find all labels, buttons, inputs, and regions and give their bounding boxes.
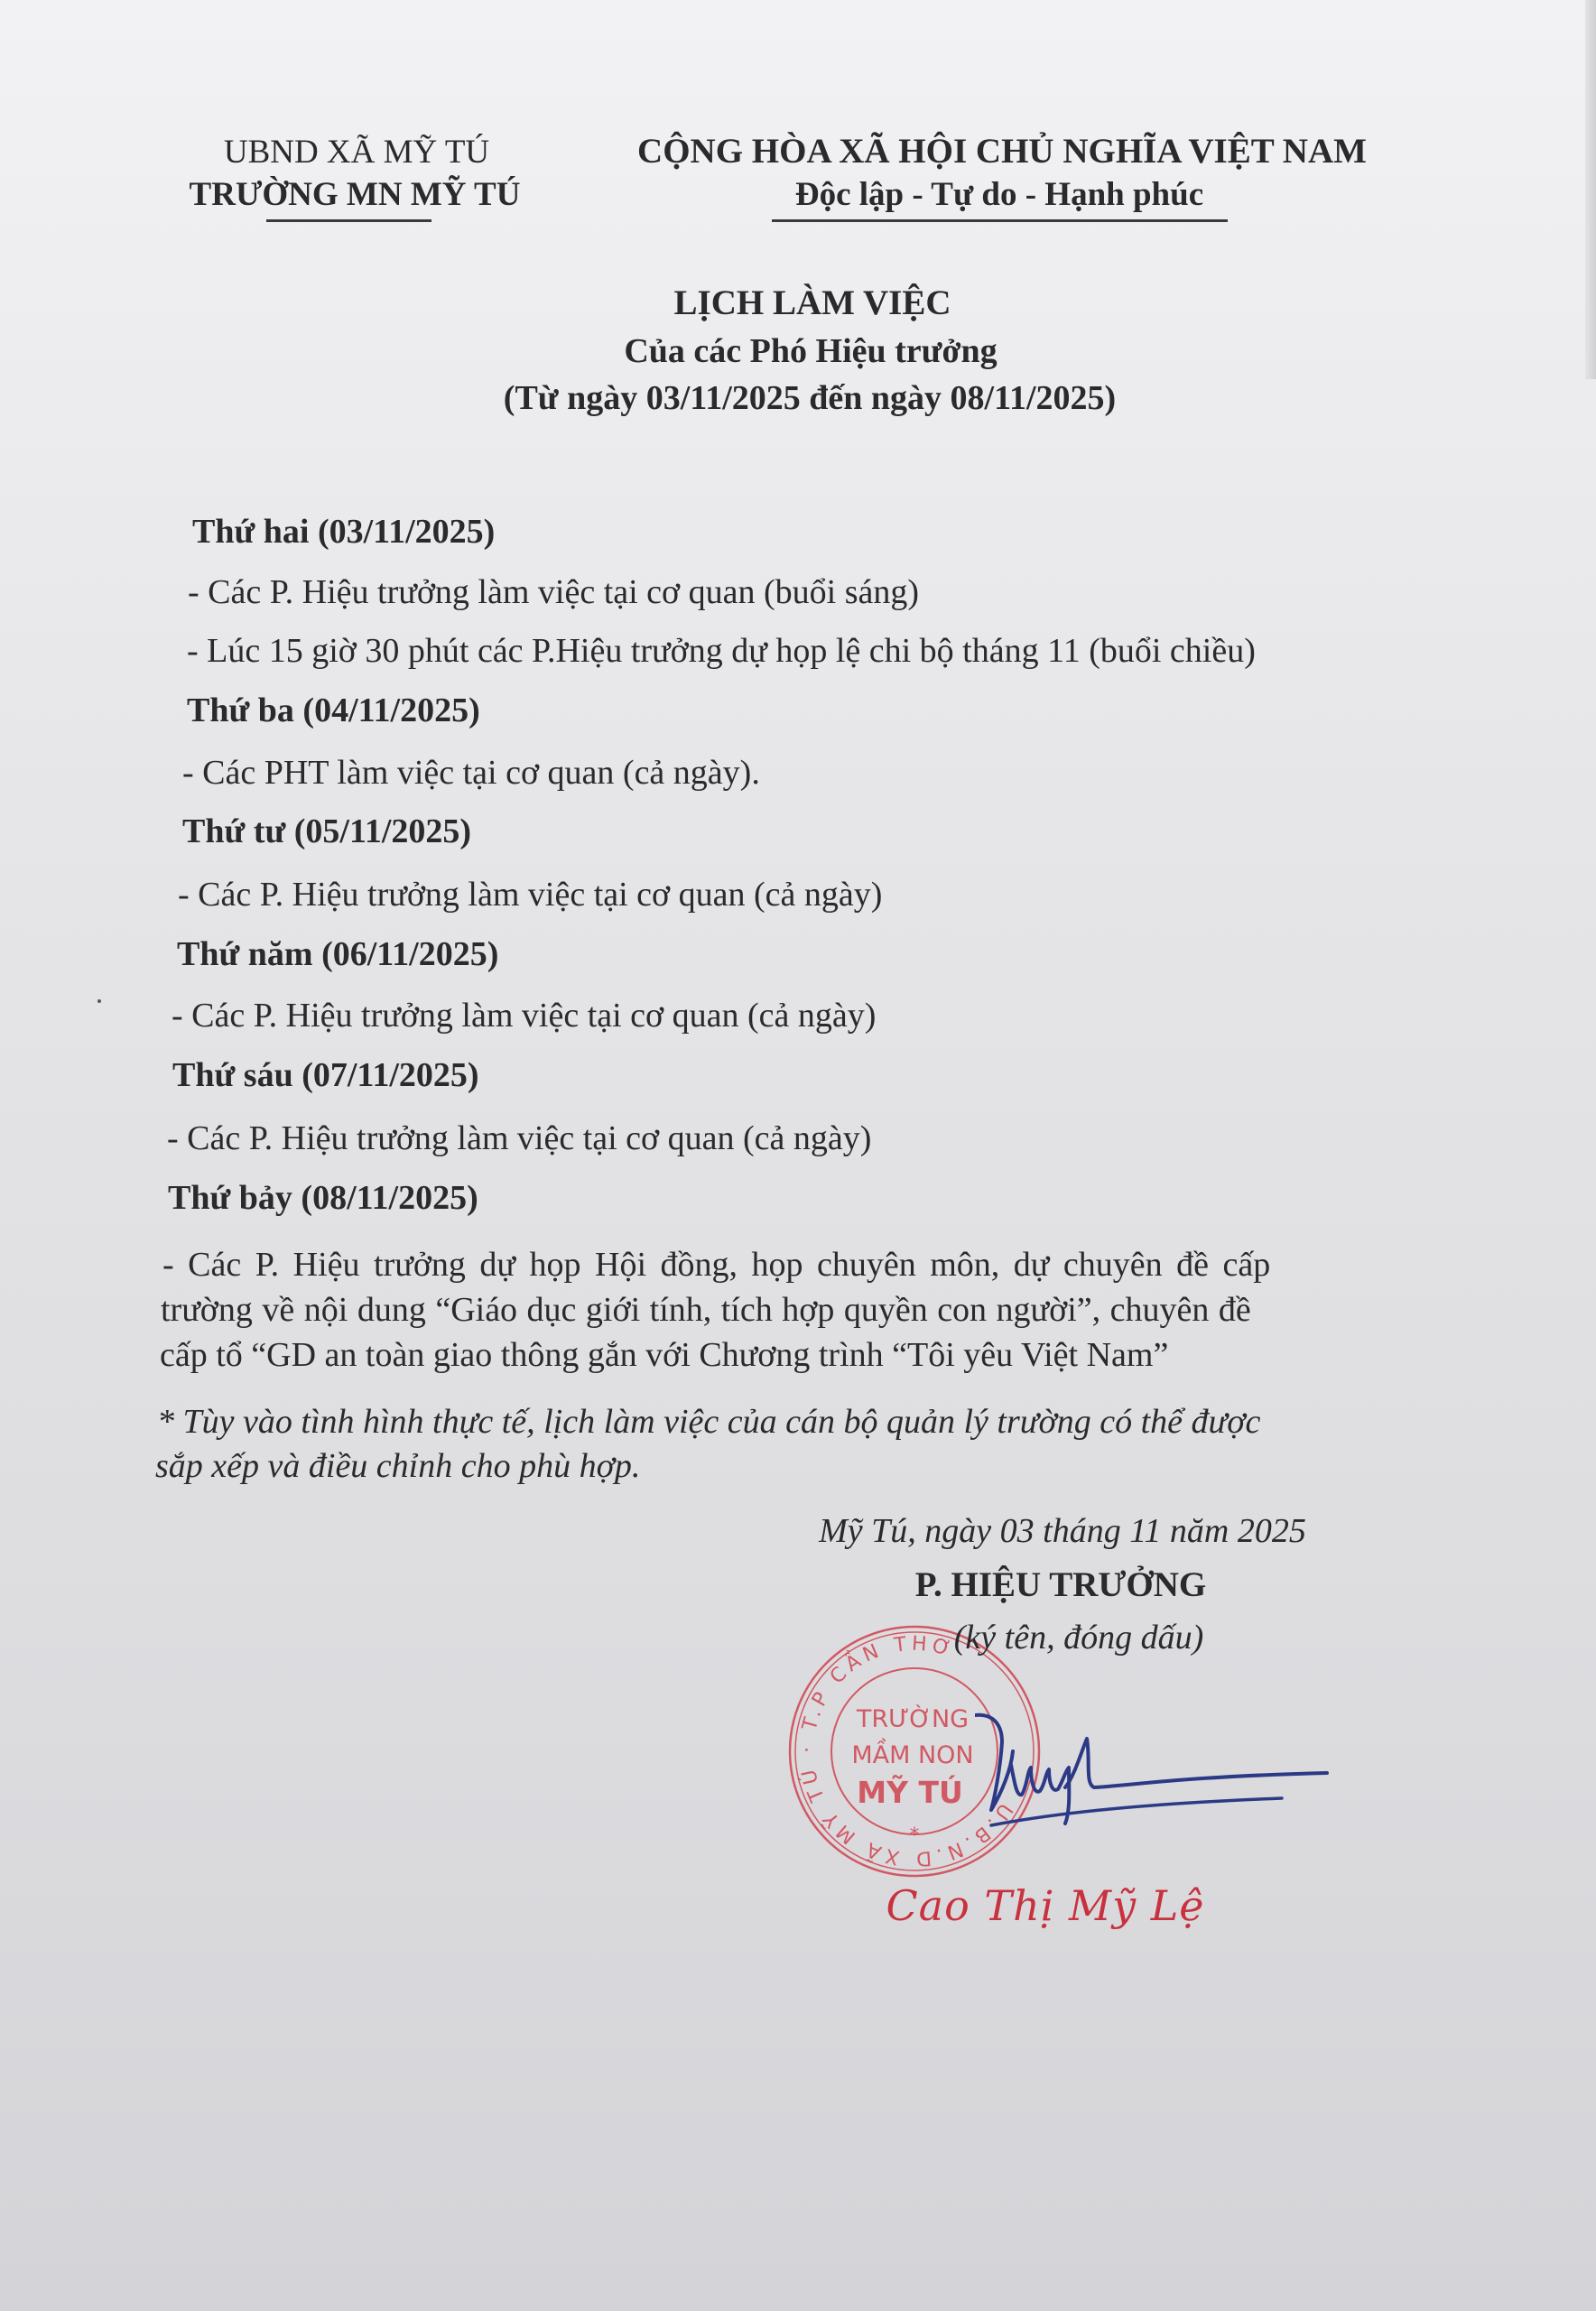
document-date-range: (Từ ngày 03/11/2025 đến ngày 08/11/2025) [504,381,1116,415]
nation-line2: Độc lập - Tự do - Hạnh phúc [795,178,1203,211]
stamp-center-line1: TRƯỜNG [856,1704,969,1733]
day-heading: Thứ hai (03/11/2025) [192,515,495,549]
day-heading: Thứ sáu (07/11/2025) [172,1058,479,1092]
signer-position: P. HIỆU TRƯỞNG [915,1567,1207,1602]
schedule-item: - Lúc 15 giờ 30 phút các P.Hiệu trưởng d… [187,634,1256,668]
paragraph-line: trường về nội dung “Giáo dục giới tính, … [161,1293,1443,1327]
schedule-item: - Các PHT làm việc tại cơ quan (cả ngày)… [182,756,760,790]
paragraph-line: - Các P. Hiệu trưởng dự họp Hội đồng, họ… [162,1248,1444,1282]
schedule-item: - Các P. Hiệu trưởng làm việc tại cơ qua… [167,1121,871,1155]
document-subtitle: Của các Phó Hiệu trưởng [624,334,997,368]
document-title: LỊCH LÀM VIỆC [674,285,951,320]
day-heading: Thứ năm (06/11/2025) [177,937,498,971]
stamp-center-line3: MỸ TÚ [857,1774,963,1810]
paragraph-line: cấp tổ “GD an toàn giao thông gắn với Ch… [160,1338,1168,1372]
nation-underline [772,219,1228,222]
note-line: * Tùy vào tình hình thực tế, lịch làm vi… [157,1405,1260,1439]
signer-name: Cao Thị Mỹ Lệ [886,1885,1204,1926]
place-date: Mỹ Tú, ngày 03 tháng 11 năm 2025 [819,1514,1306,1548]
note-line: sắp xếp và điều chỉnh cho phù hợp. [155,1449,640,1483]
nation-line1: CỘNG HÒA XÃ HỘI CHỦ NGHĨA VIỆT NAM [637,134,1367,169]
paper-speck [97,999,101,1003]
agency-line2: TRƯỜNG MN MỸ TÚ [190,178,521,211]
agency-line1: UBND XÃ MỸ TÚ [224,135,489,169]
schedule-item: - Các P. Hiệu trưởng làm việc tại cơ qua… [178,877,882,912]
day-heading: Thứ tư (05/11/2025) [182,814,471,849]
day-heading: Thứ bảy (08/11/2025) [168,1181,478,1215]
sign-note: (ký tên, đóng dấu) [954,1620,1203,1655]
agency-underline [266,219,431,222]
paper-edge [1585,0,1596,379]
handwritten-signature [975,1697,1336,1842]
schedule-item: - Các P. Hiệu trưởng làm việc tại cơ qua… [188,575,919,609]
stamp-star: * [910,1824,920,1847]
schedule-item: - Các P. Hiệu trưởng làm việc tại cơ qua… [172,998,876,1033]
stamp-center-line2: MẦM NON [851,1738,973,1769]
day-heading: Thứ ba (04/11/2025) [187,693,480,728]
